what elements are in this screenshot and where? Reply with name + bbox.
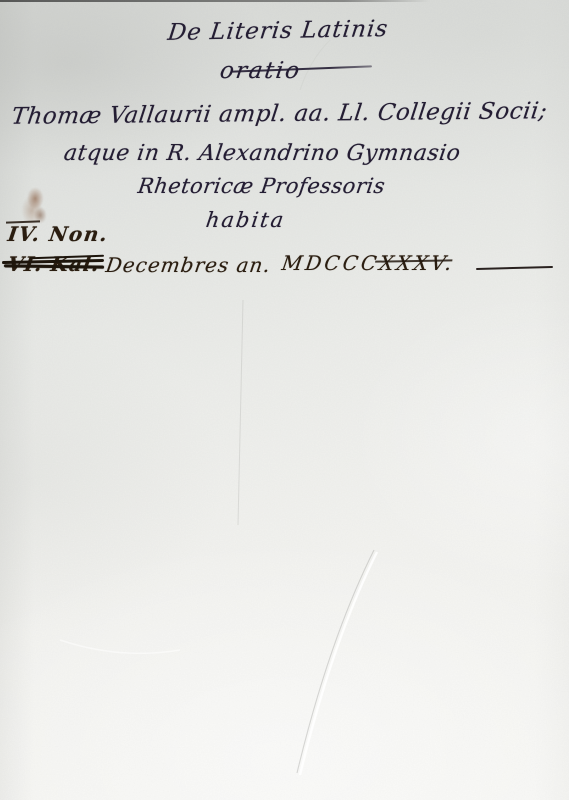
year-prefix: MDCCC — [280, 251, 381, 275]
manuscript-page: De Literis Latinis oratio Thomæ Vallauri… — [0, 0, 569, 800]
subtitle-line: oratio — [218, 60, 302, 83]
year-line: MDCCCXXXV. — [281, 253, 456, 273]
institution-line: atque in R. Alexandrino Gymnasio — [62, 143, 461, 165]
date-correction-line: IV. Non. — [7, 224, 110, 244]
author-line: Thomæ Vallaurii ampl. aa. Ll. Collegii S… — [10, 100, 548, 129]
date-month-line: Decembres an. — [105, 255, 273, 275]
role-line: Rhetoricæ Professoris — [137, 176, 387, 197]
photo-top-edge — [0, 0, 430, 2]
trailing-dash-line — [476, 266, 553, 270]
habita-line: habita — [205, 210, 287, 231]
year-suffix-struck: XXXV. — [378, 251, 456, 275]
title-line: De Literis Latinis — [166, 18, 389, 45]
